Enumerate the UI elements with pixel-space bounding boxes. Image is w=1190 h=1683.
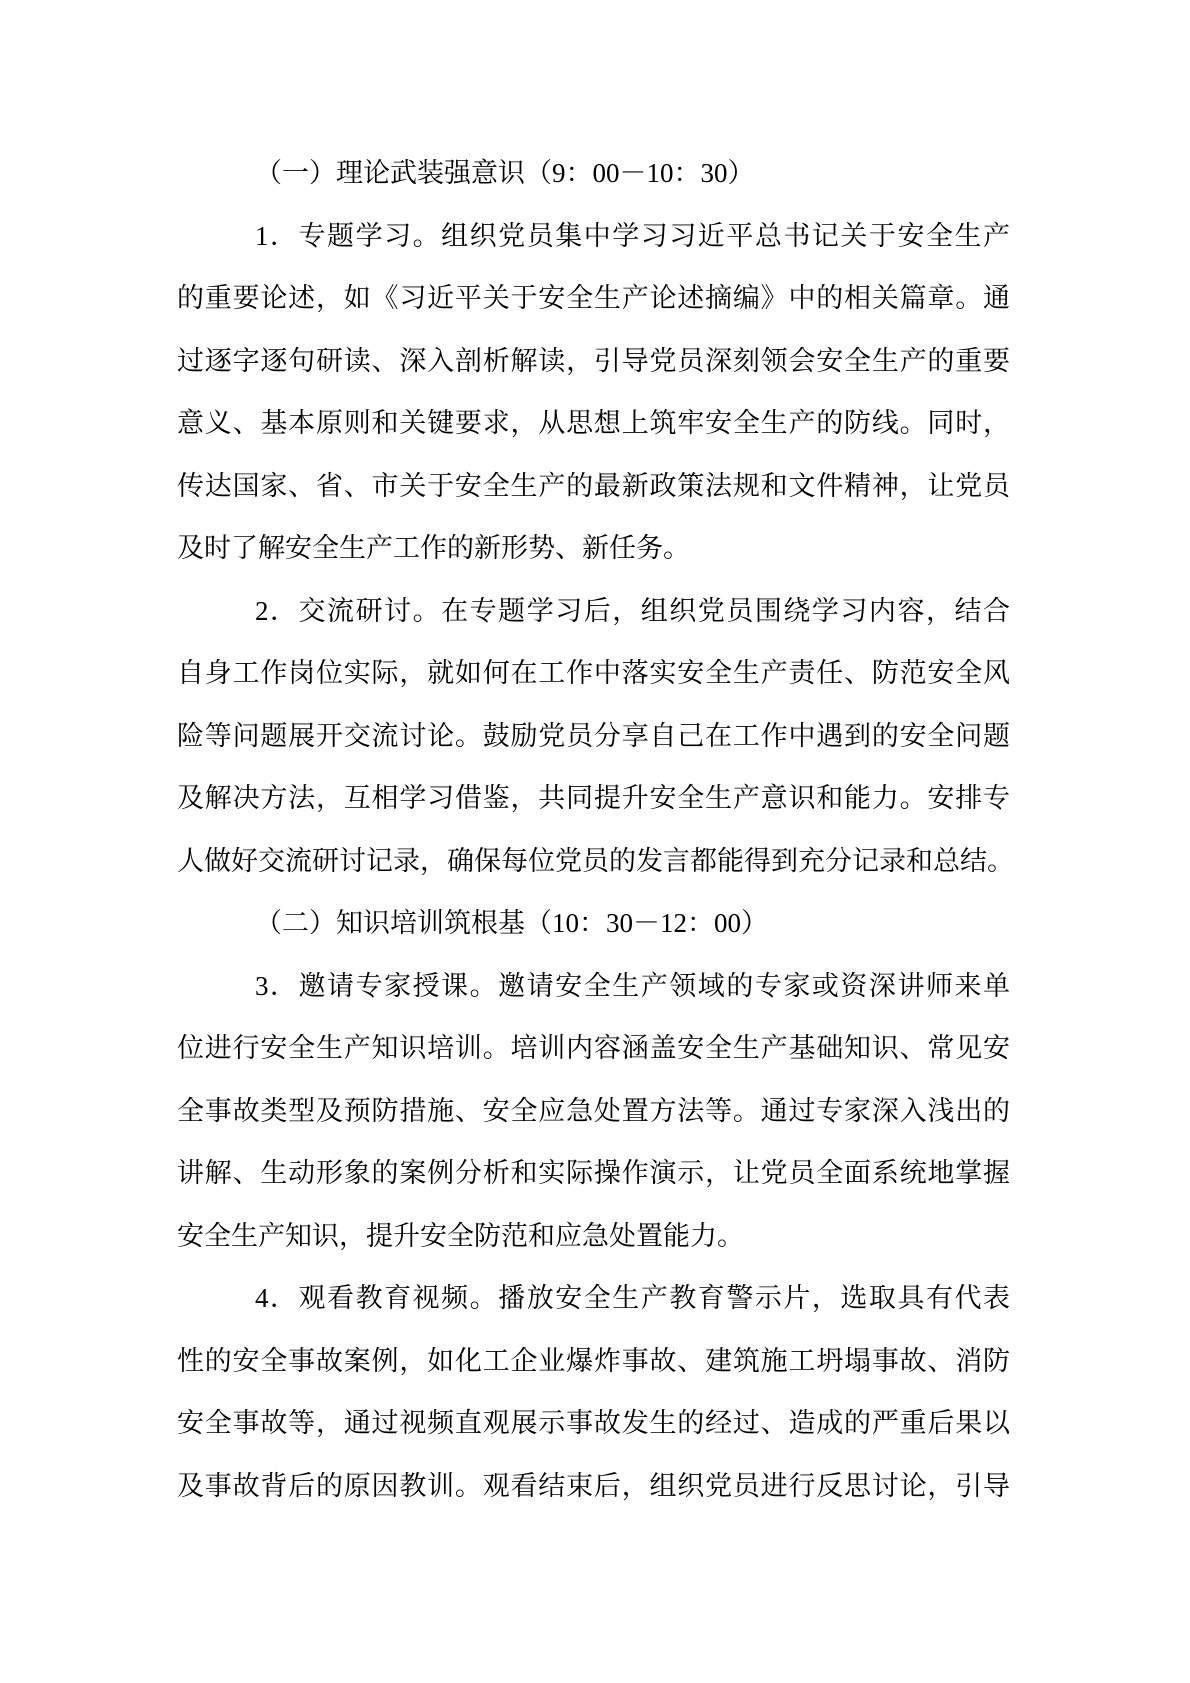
document-body: （一）理论武装强意识（9：00－10：30）1．专题学习。组织党员集中学习习近平… <box>177 142 1010 1517</box>
text-line: 位进行安全生产知识培训。培训内容涵盖安全生产基础知识、常见安 <box>177 1017 1010 1080</box>
text-line: 的重要论述，如《习近平关于安全生产论述摘编》中的相关篇章。通 <box>177 267 1010 330</box>
text-line: 性的安全事故案例，如化工企业爆炸事故、建筑施工坍塌事故、消防 <box>177 1330 1010 1393</box>
text-line: 及时了解安全生产工作的新形势、新任务。 <box>177 517 1010 580</box>
text-line: 讲解、生动形象的案例分析和实际操作演示，让党员全面系统地掌握 <box>177 1142 1010 1205</box>
text-line: 传达国家、省、市关于安全生产的最新政策法规和文件精神，让党员 <box>177 455 1010 518</box>
text-line: 过逐字逐句研读、深入剖析解读，引导党员深刻领会安全生产的重要 <box>177 330 1010 393</box>
text-line: 1．专题学习。组织党员集中学习习近平总书记关于安全生产 <box>177 205 1010 268</box>
section-heading: （二）知识培训筑根基（10：30－12：00） <box>177 892 1010 955</box>
document-page: （一）理论武装强意识（9：00－10：30）1．专题学习。组织党员集中学习习近平… <box>0 0 1190 1683</box>
text-line: 3．邀请专家授课。邀请安全生产领域的专家或资深讲师来单 <box>177 955 1010 1018</box>
text-line: 安全事故等，通过视频直观展示事故发生的经过、造成的严重后果以 <box>177 1392 1010 1455</box>
text-line: 4．观看教育视频。播放安全生产教育警示片，选取具有代表 <box>177 1267 1010 1330</box>
text-line: 及事故背后的原因教训。观看结束后，组织党员进行反思讨论，引导 <box>177 1455 1010 1518</box>
text-line: 2．交流研讨。在专题学习后，组织党员围绕学习内容，结合 <box>177 580 1010 643</box>
text-line: 险等问题展开交流讨论。鼓励党员分享自己在工作中遇到的安全问题 <box>177 705 1010 768</box>
text-line: 全事故类型及预防措施、安全应急处置方法等。通过专家深入浅出的 <box>177 1080 1010 1143</box>
section-heading: （一）理论武装强意识（9：00－10：30） <box>177 142 1010 205</box>
text-line: 人做好交流研讨记录，确保每位党员的发言都能得到充分记录和总结。 <box>177 830 1010 893</box>
text-line: 自身工作岗位实际，就如何在工作中落实安全生产责任、防范安全风 <box>177 642 1010 705</box>
text-line: 安全生产知识，提升安全防范和应急处置能力。 <box>177 1205 1010 1268</box>
text-line: 及解决方法，互相学习借鉴，共同提升安全生产意识和能力。安排专 <box>177 767 1010 830</box>
text-line: 意义、基本原则和关键要求，从思想上筑牢安全生产的防线。同时， <box>177 392 1010 455</box>
